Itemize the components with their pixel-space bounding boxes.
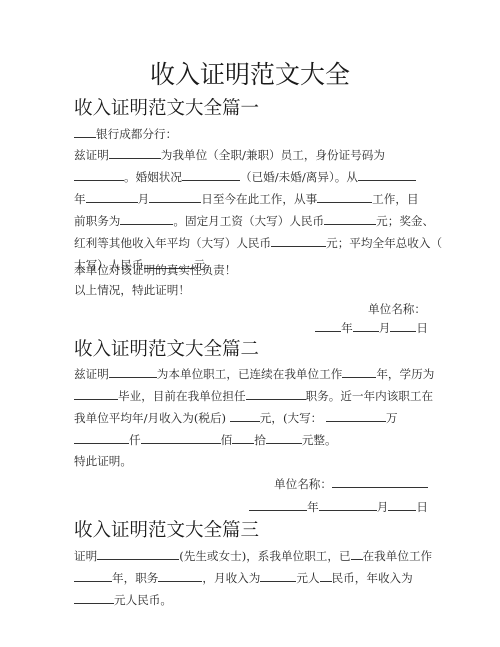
section-3-heading: 收入证明范文大全篇三 [74, 518, 259, 544]
blank-field[interactable] [109, 364, 157, 378]
s1-certify: 以上情况，特此证明！ [74, 281, 190, 299]
s2-unit-name-line: 单位名称： [274, 474, 428, 493]
blank-field[interactable] [246, 386, 306, 400]
blank-field[interactable] [74, 590, 114, 604]
blank-field[interactable] [74, 124, 96, 138]
blank-year[interactable] [315, 318, 341, 332]
s2-line-4: 仟佰拾元整。 [74, 430, 337, 449]
blank-field[interactable] [97, 546, 179, 560]
blank-field[interactable] [260, 568, 296, 582]
blank-field[interactable] [271, 233, 326, 247]
blank-field[interactable] [149, 189, 201, 203]
s2-line-2: 毕业，目前在我单位担任职务。近一年内该职工在 [74, 386, 433, 405]
blank-field[interactable] [74, 430, 129, 444]
blank-field[interactable] [232, 430, 254, 444]
blank-month[interactable] [319, 497, 377, 511]
section-2-heading: 收入证明范文大全篇二 [74, 337, 259, 363]
blank-field[interactable] [324, 211, 376, 225]
blank-field[interactable] [342, 364, 376, 378]
blank-day[interactable] [388, 497, 416, 511]
section-1-heading: 收入证明范文大全篇一 [74, 96, 259, 122]
blank-field[interactable] [86, 189, 138, 203]
s3-line-2: 年，职务，月收入为元人民币，年收入为 [74, 568, 413, 587]
blank-field[interactable] [74, 386, 118, 400]
blank-field[interactable] [326, 408, 386, 422]
s1-line-6: 红利等其他收入年平均（大写）人民币元；平均全年总收入（ [74, 233, 442, 252]
s2-line-1: 兹证明为本单位职工，已连续在我单位工作年，学历为 [74, 364, 434, 383]
blank-field[interactable] [74, 167, 124, 181]
blank-field[interactable] [109, 145, 161, 159]
s2-certify: 特此证明。 [74, 452, 132, 470]
s1-line-3: 。婚姻状况（已婚/未婚/离异）。从 [74, 167, 416, 186]
s1-line-1: 银行成都分行： [74, 124, 177, 143]
blank-year[interactable] [249, 497, 307, 511]
s3-line-1: 证明(先生或女士)，系我单位职工，已在我单位工作 [74, 546, 432, 565]
blank-field[interactable] [158, 568, 202, 582]
s1-responsibility: 本单位对该证明的真实性负责！ [74, 261, 236, 279]
s1-line-2: 兹证明为我单位（全职/兼职）员工，身份证号码为 [74, 145, 385, 164]
blank-field[interactable] [230, 408, 260, 422]
blank-field[interactable] [266, 430, 302, 444]
blank-field[interactable] [320, 568, 332, 582]
s2-line-3: 我单位平均年/月收入为(税后) 元，(大写： 万 [74, 408, 398, 427]
blank-field[interactable] [120, 211, 173, 225]
s1-date-line: 年月日 [315, 318, 428, 337]
s2-date-line: 年月日 [249, 497, 428, 516]
blank-field[interactable] [351, 546, 363, 560]
blank-month[interactable] [353, 318, 379, 332]
blank-day[interactable] [390, 318, 416, 332]
s1-line-5: 前职务为。固定月工资（大写）人民币元；奖金、 [74, 211, 434, 230]
blank-field[interactable] [182, 167, 240, 181]
blank-field[interactable] [74, 568, 112, 582]
blank-field[interactable] [317, 189, 372, 203]
blank-unit-name[interactable] [332, 474, 428, 488]
s3-line-3: 元人民币。 [74, 590, 172, 609]
blank-field[interactable] [358, 167, 416, 181]
s1-line-4: 年月日至今在此工作，从事工作，目 [74, 189, 419, 208]
blank-field[interactable] [141, 430, 221, 444]
document-title: 收入证明范文大全 [0, 58, 500, 92]
s1-unit-name-label: 单位名称： [368, 300, 426, 318]
